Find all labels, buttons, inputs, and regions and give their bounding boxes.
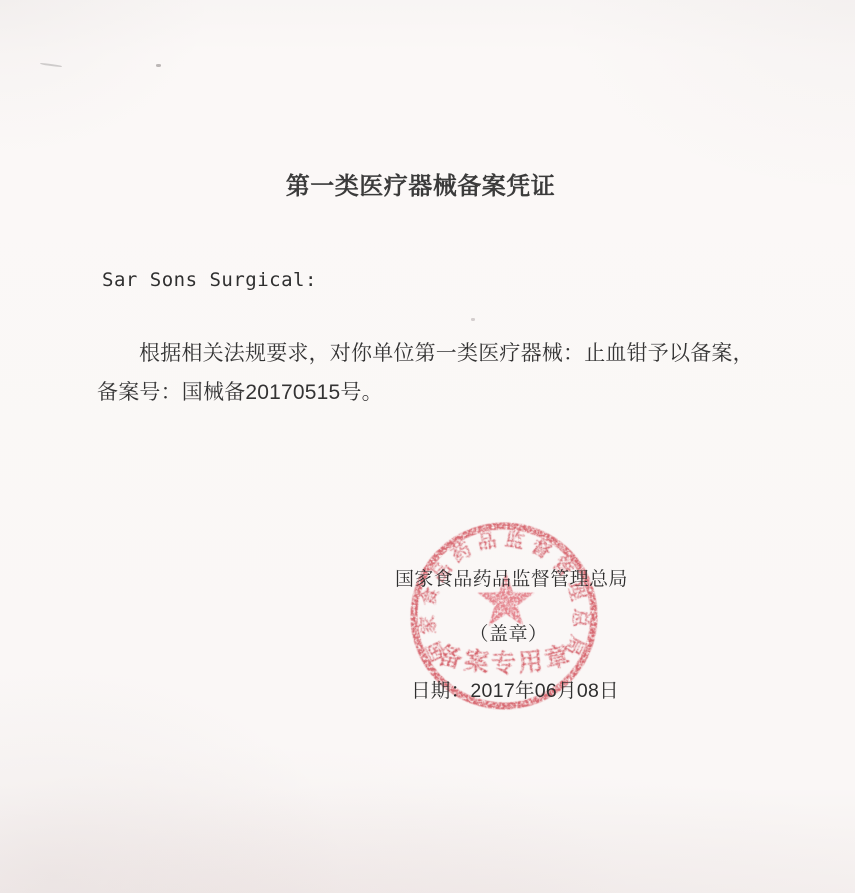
certificate-body: 根据相关法规要求，对你单位第一类医疗器械：止血钳予以备案， 备案号：国械备201…	[97, 334, 757, 412]
seal-note: （盖章）	[436, 619, 581, 646]
scan-speck	[471, 318, 475, 321]
body-line-1: 根据相关法规要求，对你单位第一类医疗器械：止血钳予以备案，	[97, 334, 757, 373]
body-line-2: 备案号：国械备20170515号。	[97, 373, 757, 412]
issuer-name: 国家食品药品监督管理总局	[395, 564, 628, 591]
certificate-page: 第一类医疗器械备案凭证 Sar Sons Surgical: 根据相关法规要求，…	[0, 0, 855, 893]
issue-date: 日期：2017年06月08日	[411, 675, 619, 703]
scan-speck	[40, 62, 62, 67]
certificate-title: 第一类医疗器械备案凭证	[0, 166, 855, 201]
scan-speck	[156, 64, 161, 67]
recipient-name: Sar Sons Surgical:	[102, 269, 317, 291]
